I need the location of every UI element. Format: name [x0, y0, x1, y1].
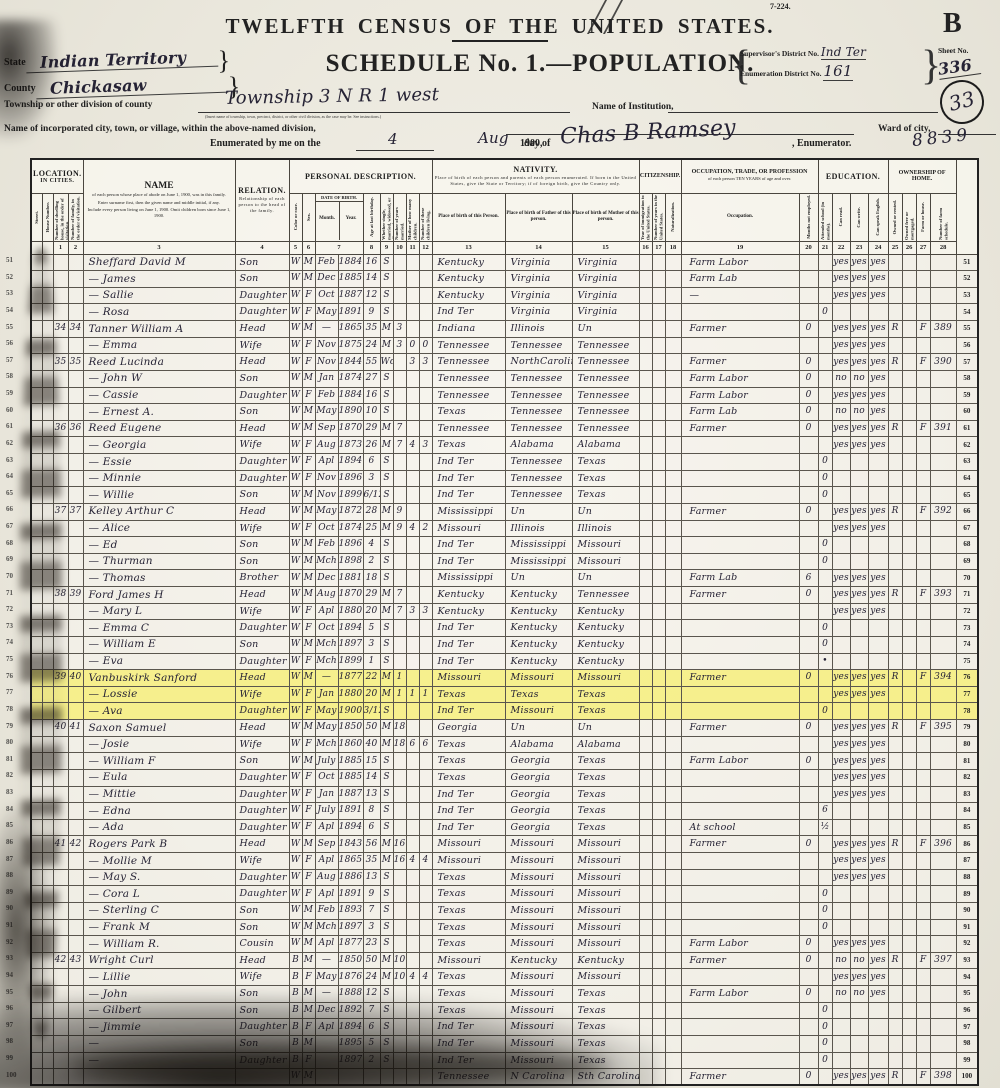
cell-mother-birthplace: Alabama: [572, 736, 639, 753]
cell-owned-rented: [888, 1052, 902, 1069]
cell-can-write: [850, 304, 868, 321]
cell-mother-birthplace: Missouri: [572, 853, 639, 870]
cell-can-read: no: [832, 404, 850, 421]
cell-children-living: [419, 537, 432, 554]
cell-birth-year: 1884: [338, 254, 363, 271]
cell-marital: M: [380, 520, 393, 537]
cell-mother-of: [406, 819, 419, 836]
cell-birthplace: Ind Ter: [432, 653, 505, 670]
row-number: 98: [956, 1035, 978, 1052]
enumeration-district-value: 161: [823, 62, 852, 81]
cell-relation: Head: [235, 321, 289, 338]
cell-birthplace: Kentucky: [432, 587, 505, 604]
cell-name: —: [83, 1035, 235, 1052]
cell-dwelling: [53, 786, 68, 803]
cell-family: [68, 869, 83, 886]
cell-farm-house: [916, 1002, 930, 1019]
cell-farm-house: [916, 936, 930, 953]
cell-relation: Daughter: [235, 304, 289, 321]
cell-farm-house: [916, 753, 930, 770]
cell-age: 20: [363, 603, 380, 620]
cell-months-unemployed: [799, 1052, 818, 1069]
cell-family: [68, 520, 83, 537]
sheet-circle-badge: 33: [935, 75, 988, 128]
gutter-row-number: 55: [6, 323, 26, 340]
cell-farm-schedule: [930, 753, 956, 770]
cell-owned-rented: [888, 919, 902, 936]
cell-farm-house: [916, 919, 930, 936]
cell-age: 18: [363, 570, 380, 587]
cell-mother-of: [406, 803, 419, 820]
cell-relation: Daughter: [235, 1052, 289, 1069]
census-row-79: 4041Saxon SamuelHeadWMMay185050M18Georgi…: [31, 720, 978, 737]
cell-children-living: [419, 287, 432, 304]
cell-birthplace: Ind Ter: [432, 454, 505, 471]
cell-children-living: 2: [419, 520, 432, 537]
cell-occupation: Farm Labor: [681, 370, 799, 387]
row-number: 62: [956, 437, 978, 454]
cell-father-birthplace: Illinois: [505, 321, 572, 338]
cell-birth-year: 1877: [338, 936, 363, 953]
cell-mother-birthplace: Kentucky: [572, 952, 639, 969]
cell-marital: S: [380, 553, 393, 570]
cell-can-read: yes: [832, 437, 850, 454]
cell-months-unemployed: 0: [799, 503, 818, 520]
cell-birthplace: Tennessee: [432, 354, 505, 371]
cell-months-unemployed: 0: [799, 952, 818, 969]
cell-mother-birthplace: Un: [572, 720, 639, 737]
cell-can-read: [832, 886, 850, 903]
cell-owned-rented: R: [888, 321, 902, 338]
cell-farm-house: [916, 986, 930, 1003]
row-number: 65: [956, 487, 978, 504]
cell-speaks-english: yes: [868, 969, 888, 986]
cell-free-mortgaged: [902, 819, 916, 836]
gutter-row-number: 84: [6, 805, 26, 822]
cell-sex: F: [302, 869, 315, 886]
cell-birthplace: Kentucky: [432, 603, 505, 620]
cell-farm-schedule: [930, 636, 956, 653]
cell-months-unemployed: [799, 769, 818, 786]
cell-owned-rented: [888, 853, 902, 870]
cell-mother-birthplace: Missouri: [572, 969, 639, 986]
cell-speaks-english: yes: [868, 670, 888, 687]
cell-dwelling: [53, 653, 68, 670]
cell-can-write: yes: [850, 969, 868, 986]
cell-birth-month: Jan: [315, 786, 338, 803]
census-row-95: — JohnSonBM—188812STexasMissouriTexasFar…: [31, 986, 978, 1003]
cell-farm-house: F: [916, 503, 930, 520]
row-number: 97: [956, 1019, 978, 1036]
cell-birth-year: 1895: [338, 1035, 363, 1052]
cell-birth-month: May: [315, 969, 338, 986]
cell-birth-year: 1844: [338, 354, 363, 371]
cell-birth-month: Dec: [315, 271, 338, 288]
cell-farm-schedule: 396: [930, 836, 956, 853]
cell-years-married: 9: [393, 520, 406, 537]
cell-sex: M: [302, 1035, 315, 1052]
cell-mother-of: [406, 587, 419, 604]
cell-marital: S: [380, 404, 393, 421]
cell-birth-month: Apl: [315, 886, 338, 903]
row-number: 99: [956, 1052, 978, 1069]
cell-mother-birthplace: Tennessee: [572, 387, 639, 404]
cell-mother-of: 4: [406, 853, 419, 870]
cell-race: W: [289, 736, 302, 753]
cell-occupation: Farmer: [681, 503, 799, 520]
cell-attended-school: 0: [818, 1002, 832, 1019]
cell-dwelling: [53, 686, 68, 703]
col-date-of-birth: DATE OF BIRTH.Month.Year.: [315, 193, 363, 241]
cell-age: 7: [363, 902, 380, 919]
cell-relation: Daughter: [235, 819, 289, 836]
cell-farm-schedule: [930, 404, 956, 421]
cell-family: [68, 387, 83, 404]
county-value: Chickasaw: [35, 73, 228, 100]
group-occupation: OCCUPATION, TRADE, OR PROFESSIONof each …: [681, 159, 818, 193]
cell-relation: Daughter: [235, 454, 289, 471]
cell-speaks-english: yes: [868, 570, 888, 587]
cell-sex: F: [302, 337, 315, 354]
cell-free-mortgaged: [902, 287, 916, 304]
cell-marital: M: [380, 853, 393, 870]
cell-speaks-english: yes: [868, 769, 888, 786]
cell-birthplace: Tennessee: [432, 387, 505, 404]
cell-birthplace: Ind Ter: [432, 636, 505, 653]
cell-name: — John: [83, 986, 235, 1003]
cell-relation: Daughter: [235, 387, 289, 404]
cell-can-write: yes: [850, 337, 868, 354]
cell-race: W: [289, 670, 302, 687]
cell-farm-schedule: [930, 886, 956, 903]
cell-name: — Sallie: [83, 287, 235, 304]
cell-family: 43: [68, 952, 83, 969]
cell-attended-school: [818, 254, 832, 271]
cell-speaks-english: yes: [868, 587, 888, 604]
cell-can-read: [832, 902, 850, 919]
cell-owned-rented: R: [888, 1069, 902, 1086]
cell-months-unemployed: [799, 620, 818, 637]
cell-children-living: [419, 886, 432, 903]
cell-marital: S: [380, 1002, 393, 1019]
cell-father-birthplace: Georgia: [505, 753, 572, 770]
cell-free-mortgaged: [902, 986, 916, 1003]
cell-family: [68, 271, 83, 288]
cell-owned-rented: [888, 869, 902, 886]
cell-birth-month: Oct: [315, 287, 338, 304]
gutter-row-number: 89: [6, 888, 26, 905]
cell-children-living: [419, 387, 432, 404]
cell-father-birthplace: Illinois: [505, 520, 572, 537]
cell-attended-school: ½: [818, 819, 832, 836]
row-number: 67: [956, 520, 978, 537]
cell-farm-house: [916, 254, 930, 271]
cell-mother-of: [406, 570, 419, 587]
cell-birth-month: Dec: [315, 1002, 338, 1019]
cell-birthplace: Texas: [432, 437, 505, 454]
cell-occupation: Farmer: [681, 354, 799, 371]
row-number: 100: [956, 1069, 978, 1086]
cell-years-married: [393, 304, 406, 321]
col-mne: Months not employed.: [799, 193, 818, 241]
cell-speaks-english: yes: [868, 321, 888, 338]
cell-mother-birthplace: Missouri: [572, 902, 639, 919]
cell-mother-of: [406, 271, 419, 288]
cell-attended-school: [818, 354, 832, 371]
gutter-row-number: 96: [6, 1004, 26, 1021]
cell-speaks-english: yes: [868, 420, 888, 437]
cell-free-mortgaged: [902, 537, 916, 554]
census-row-91: — Frank MSonWMMch18973STexasMissouriMiss…: [31, 919, 978, 936]
cell-children-living: [419, 720, 432, 737]
cell-attended-school: [818, 287, 832, 304]
cell-birth-month: Sep: [315, 836, 338, 853]
cell-occupation: [681, 603, 799, 620]
cell-can-write: [850, 537, 868, 554]
col-mch: Mother of how many children.: [406, 193, 419, 241]
cell-years-married: [393, 570, 406, 587]
cell-birth-month: —: [315, 670, 338, 687]
row-number: 56: [956, 337, 978, 354]
cell-free-mortgaged: [902, 470, 916, 487]
cell-race: W: [289, 703, 302, 720]
cell-children-living: [419, 936, 432, 953]
cell-mother-of: [406, 1035, 419, 1052]
cell-free-mortgaged: [902, 636, 916, 653]
cell-mother-birthplace: Un: [572, 570, 639, 587]
cell-birth-month: Apl: [315, 1019, 338, 1036]
cell-occupation: Farmer: [681, 720, 799, 737]
cell-farm-house: F: [916, 1069, 930, 1086]
census-row-55: 3434Tanner William AHeadWM—186535M3India…: [31, 321, 978, 338]
cell-farm-schedule: [930, 570, 956, 587]
cell-marital: S: [380, 819, 393, 836]
cell-family: [68, 853, 83, 870]
cell-months-unemployed: 0: [799, 587, 818, 604]
cell-speaks-english: yes: [868, 354, 888, 371]
cell-birth-year: 1874: [338, 520, 363, 537]
cell-farm-schedule: 392: [930, 503, 956, 520]
cell-age: 22: [363, 670, 380, 687]
cell-months-unemployed: [799, 1035, 818, 1052]
cell-birthplace: Kentucky: [432, 287, 505, 304]
census-row-62: — GeorgiaWifeWFAug187326M743TexasAlabama…: [31, 437, 978, 454]
cell-relation: Wife: [235, 437, 289, 454]
cell-age: 4: [363, 537, 380, 554]
cell-marital: [380, 1069, 393, 1086]
cell-birthplace: Texas: [432, 869, 505, 886]
cell-father-birthplace: Missouri: [505, 670, 572, 687]
cell-farm-house: [916, 803, 930, 820]
cell-free-mortgaged: [902, 520, 916, 537]
census-row-52: — JamesSonWMDec188514SKentuckyVirginiaVi…: [31, 271, 978, 288]
cell-name: Wright Curl: [83, 952, 235, 969]
cell-mother-birthplace: Texas: [572, 686, 639, 703]
row-number: 68: [956, 537, 978, 554]
cell-relation: Head: [235, 503, 289, 520]
row-number: 92: [956, 936, 978, 953]
cell-owned-rented: [888, 487, 902, 504]
cell-attended-school: [818, 720, 832, 737]
cell-can-read: yes: [832, 836, 850, 853]
cell-sex: F: [302, 653, 315, 670]
cell-farm-schedule: [930, 786, 956, 803]
cell-free-mortgaged: [902, 653, 916, 670]
cell-free-mortgaged: [902, 1035, 916, 1052]
form-number: 7-224.: [770, 2, 791, 11]
cell-birth-month: May: [315, 503, 338, 520]
cell-children-living: 1: [419, 686, 432, 703]
cell-father-birthplace: N Carolina: [505, 1069, 572, 1086]
cell-name: — Thomas: [83, 570, 235, 587]
cell-speaks-english: [868, 703, 888, 720]
cell-father-birthplace: Kentucky: [505, 653, 572, 670]
cell-birthplace: Tennessee: [432, 1069, 505, 1086]
cell-owned-rented: [888, 936, 902, 953]
cell-farm-schedule: [930, 919, 956, 936]
cell-father-birthplace: Tennessee: [505, 470, 572, 487]
cell-dwelling: [53, 404, 68, 421]
cell-occupation: [681, 869, 799, 886]
cell-family: [68, 969, 83, 986]
cell-race: W: [289, 653, 302, 670]
census-row-68: — EdSonWMFeb18964SInd TerMississippiMiss…: [31, 537, 978, 554]
cell-birth-month: May: [315, 720, 338, 737]
cell-father-birthplace: Georgia: [505, 819, 572, 836]
cell-family: 35: [68, 354, 83, 371]
cell-speaks-english: yes: [868, 869, 888, 886]
cell-farm-house: [916, 271, 930, 288]
cell-race: W: [289, 503, 302, 520]
cell-birthplace: Missouri: [432, 670, 505, 687]
cell-free-mortgaged: [902, 952, 916, 969]
cell-years-married: [393, 254, 406, 271]
cell-can-read: yes: [832, 936, 850, 953]
gutter-row-number: 81: [6, 755, 26, 772]
cell-children-living: 3: [419, 437, 432, 454]
cell-can-read: no: [832, 986, 850, 1003]
cell-race: W: [289, 537, 302, 554]
cell-mother-of: 0: [406, 337, 419, 354]
cell-marital: S: [380, 869, 393, 886]
census-row-100: WMTennesseeN CarolinaSth CarolinaFarmer0…: [31, 1069, 978, 1086]
cell-years-married: 18: [393, 736, 406, 753]
cell-months-unemployed: 0: [799, 986, 818, 1003]
col-free: Owned free or mortgaged.: [902, 193, 916, 241]
cell-father-birthplace: Missouri: [505, 836, 572, 853]
cell-owned-rented: [888, 570, 902, 587]
gutter-row-number: 99: [6, 1054, 26, 1071]
cell-years-married: [393, 786, 406, 803]
cell-family: 37: [68, 503, 83, 520]
cell-birthplace: Missouri: [432, 952, 505, 969]
cell-years-married: [393, 636, 406, 653]
cell-mother-birthplace: Un: [572, 321, 639, 338]
cell-birth-year: 1891: [338, 886, 363, 903]
cell-relation: Daughter: [235, 703, 289, 720]
cell-children-living: 0: [419, 337, 432, 354]
cell-mother-birthplace: Texas: [572, 819, 639, 836]
cell-family: [68, 620, 83, 637]
cell-relation: Wife: [235, 520, 289, 537]
cell-free-mortgaged: [902, 570, 916, 587]
cell-birth-month: Apl: [315, 936, 338, 953]
cell-farm-schedule: [930, 520, 956, 537]
institution-underline: [668, 112, 938, 113]
cell-can-write: yes: [850, 570, 868, 587]
cell-speaks-english: [868, 1002, 888, 1019]
cell-farm-house: [916, 304, 930, 321]
cell-can-read: [832, 553, 850, 570]
cell-race: W: [289, 720, 302, 737]
cell-years-married: [393, 1019, 406, 1036]
cell-can-read: yes: [832, 287, 850, 304]
cell-can-read: yes: [832, 254, 850, 271]
cell-birthplace: Tennessee: [432, 370, 505, 387]
census-row-82: — EulaDaughterWFOct188514STexasGeorgiaTe…: [31, 769, 978, 786]
cell-attended-school: [818, 1069, 832, 1086]
cell-can-write: [850, 454, 868, 471]
cell-birthplace: Texas: [432, 1002, 505, 1019]
cell-relation: Son: [235, 254, 289, 271]
cell-name: — Lillie: [83, 969, 235, 986]
cell-mother-of: [406, 470, 419, 487]
census-row-56: — EmmaWifeWFNov187524M300TennesseeTennes…: [31, 337, 978, 354]
cell-owned-rented: [888, 553, 902, 570]
cell-attended-school: [818, 686, 832, 703]
cell-attended-school: 0: [818, 620, 832, 637]
cell-months-unemployed: [799, 736, 818, 753]
cell-name: Tanner William A: [83, 321, 235, 338]
cell-can-write: yes: [850, 869, 868, 886]
cell-years-married: [393, 1052, 406, 1069]
cell-name: — Mollie M: [83, 853, 235, 870]
cell-farm-schedule: [930, 1019, 956, 1036]
cell-birth-year: 1891: [338, 803, 363, 820]
row-number: 84: [956, 803, 978, 820]
cell-can-read: yes: [832, 387, 850, 404]
cell-can-read: yes: [832, 786, 850, 803]
group-nativity: NATIVITY.Place of birth of each person a…: [432, 159, 639, 193]
row-number: 61: [956, 420, 978, 437]
cell-marital: Wd: [380, 354, 393, 371]
cell-can-write: yes: [850, 321, 868, 338]
cell-occupation: [681, 886, 799, 903]
group-personal: PERSONAL DESCRIPTION.: [289, 159, 432, 193]
cell-relation: Son: [235, 1002, 289, 1019]
cell-race: W: [289, 1069, 302, 1086]
cell-owned-rented: R: [888, 670, 902, 687]
cell-can-write: no: [850, 370, 868, 387]
cell-dwelling: 34: [53, 321, 68, 338]
cell-attended-school: 0: [818, 636, 832, 653]
cell-age: 5: [363, 1035, 380, 1052]
cell-farm-schedule: [930, 304, 956, 321]
cell-children-living: [419, 553, 432, 570]
cell-father-birthplace: Mississippi: [505, 537, 572, 554]
cell-children-living: 4: [419, 969, 432, 986]
cell-occupation: [681, 786, 799, 803]
cell-race: B: [289, 952, 302, 969]
cell-children-living: [419, 487, 432, 504]
cell-name: — William E: [83, 636, 235, 653]
cell-race: W: [289, 271, 302, 288]
cell-family: [68, 570, 83, 587]
cell-can-write: [850, 886, 868, 903]
cell-name: Rogers Park B: [83, 836, 235, 853]
census-row-89: — Cora LDaughterWFApl18919STexasMissouri…: [31, 886, 978, 903]
cell-sex: F: [302, 470, 315, 487]
